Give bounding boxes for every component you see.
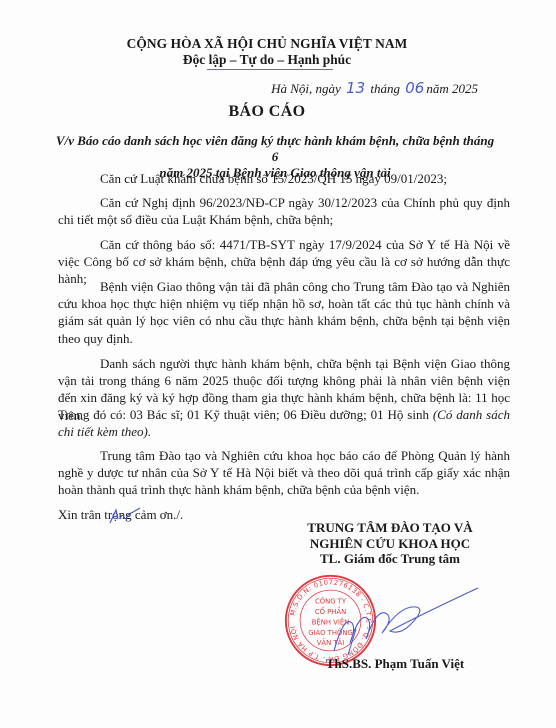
date-month-label: tháng [370,81,400,96]
handwritten-day: 13 [344,79,367,97]
handwritten-signature-icon [330,585,480,655]
org-line-2: NGHIÊN CỨU KHOA HỌC [290,536,490,552]
document-title: BÁO CÁO [0,103,534,121]
date-line: Hà Nội, ngày 13 tháng 06năm 2025 [271,79,478,97]
signature-organization: TRUNG TÂM ĐÀO TẠO VÀ NGHIÊN CỨU KHOA HỌC… [290,520,490,567]
legal-basis-2: Căn cứ Nghị định 96/2023/NĐ-CP ngày 30/1… [58,194,510,228]
paragraph-breakdown: Trong đó có: 03 Bác sĩ; 01 Kỹ thuật viên… [58,406,510,440]
legal-basis-1: Căn cứ Luật khám chữa bệnh số 15/2023/QH… [58,170,510,187]
breakdown-text: Trong đó có: 03 Bác sĩ; 01 Kỹ thuật viên… [58,407,433,422]
date-year: năm 2025 [426,81,478,96]
motto-underline [207,69,333,70]
paragraph-assignment: Bệnh viện Giao thông vận tải đã phân côn… [58,278,510,347]
signer-name: ThS.BS. Phạm Tuấn Việt [300,656,490,672]
paragraph-report-purpose: Trung tâm Đào tạo và Nghiên cứu khoa học… [58,447,510,499]
date-prefix: Hà Nội, ngày [271,81,341,96]
initial-signature-icon [108,507,142,525]
subject-line-1: V/v Báo cáo danh sách học viên đăng ký t… [55,133,495,165]
handwritten-month: 06 [403,79,426,97]
national-motto: Độc lập – Tự do – Hạnh phúc [0,52,534,68]
document-page: CỘNG HÒA XÃ HỘI CHỦ NGHĨA VIỆT NAM Độc l… [0,0,556,728]
org-line-1: TRUNG TÂM ĐÀO TẠO VÀ [290,520,490,536]
signer-role: TL. Giám đốc Trung tâm [290,551,490,567]
national-title: CỘNG HÒA XÃ HỘI CHỦ NGHĨA VIỆT NAM [0,36,534,52]
